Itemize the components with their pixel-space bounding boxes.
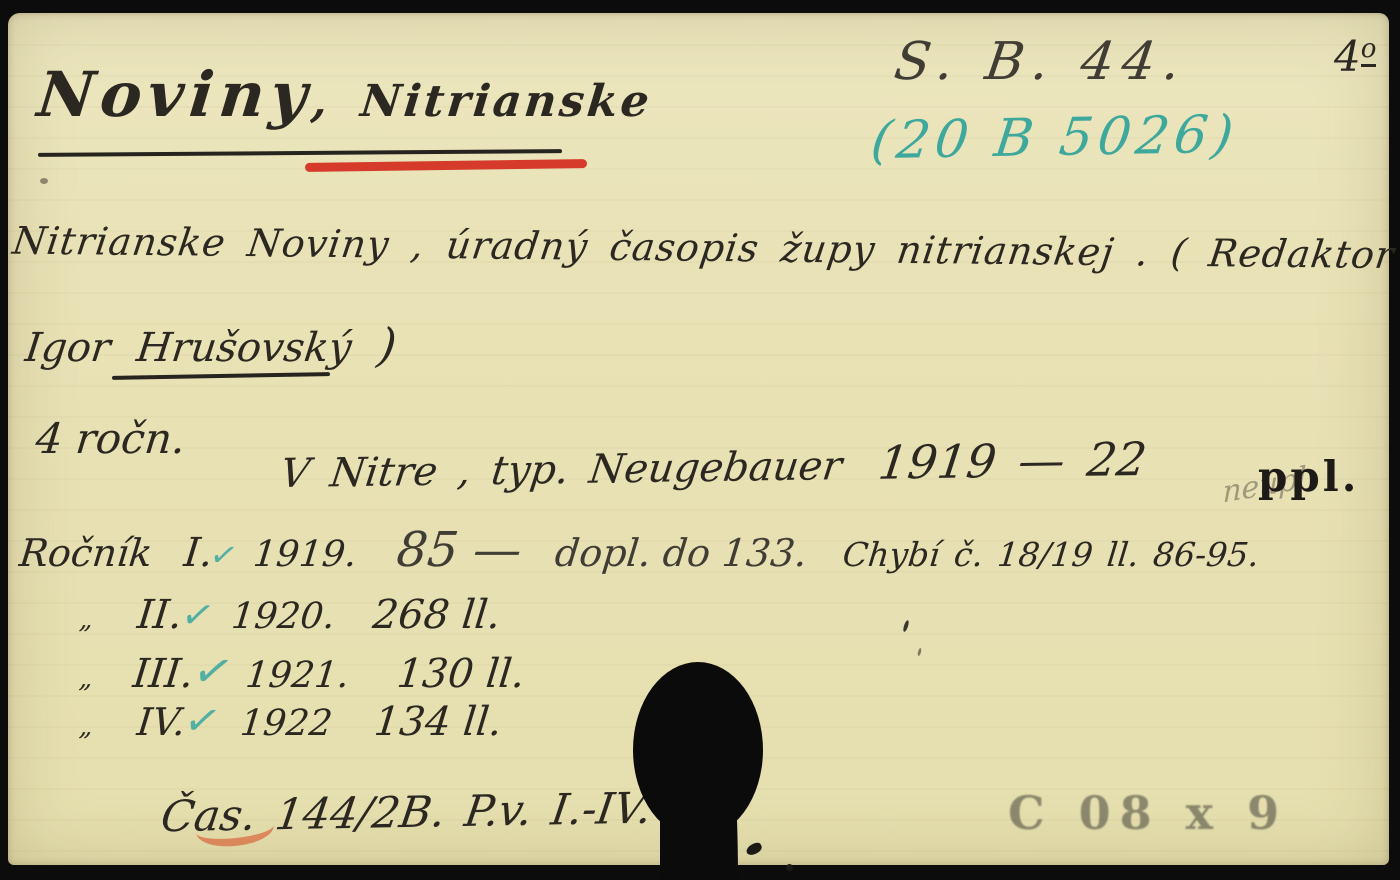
holdings-year: 1921. [244, 655, 351, 696]
holdings-extent: 268 ll. [371, 592, 503, 638]
holdings-row: „ IV.✓ 1922 134 ll. [77, 696, 504, 745]
heading-main-word: Noviny [34, 58, 316, 131]
holdings-added: dopl. do 133. [553, 531, 809, 575]
heading-comma: , [309, 76, 336, 127]
heading-title: Noviny, Nitrianske [34, 58, 656, 131]
holdings-row: „ II.✓ 1920. 268 ll. [78, 592, 503, 638]
holdings-year: 1922 [238, 703, 334, 744]
holdings-row: „ III.✓ 1921. 130 ll. [77, 644, 528, 698]
ditto-mark: „ [78, 664, 95, 694]
holdings-label: Ročník [17, 531, 154, 575]
editor-name: Igor Hrušovský [23, 325, 354, 371]
volumes-note: 4 ročn. [33, 414, 188, 463]
volume-numeral: III. [131, 651, 196, 697]
holdings-year: 1920. [230, 596, 337, 637]
holdings-extent: 130 ll. [395, 651, 527, 697]
imprint-place: V Nitre , typ. Neugebauer [278, 443, 845, 497]
signature-top: S. B. 44. [891, 32, 1192, 92]
heading-qualifier: Nitrianske [358, 76, 654, 127]
ppl-stamp: ppl. [1258, 452, 1359, 501]
catalog-card-scan: Noviny, Nitrianske S. B. 44. (20 B 5026)… [0, 0, 1400, 880]
ink-speck [786, 864, 793, 871]
holdings-year: 1919. [251, 534, 358, 575]
signature-accession: (20 B 5026) [868, 105, 1242, 171]
punch-hole-silhouette [600, 650, 840, 880]
description-line2: Igor Hrušovský ) [23, 318, 400, 372]
holdings-extent: 85 — [394, 522, 524, 578]
imprint-years: 1919 — 22 [875, 432, 1149, 490]
size-stamp: C 08 x 9 [1008, 786, 1288, 840]
holdings-extent: 134 ll. [372, 699, 504, 745]
paper-blemish [40, 178, 48, 184]
format-mark: 4o [1334, 32, 1376, 81]
ditto-mark: „ [78, 712, 95, 742]
holdings-missing: Chybí č. 18/19 ll. 86-95. [841, 535, 1261, 574]
ditto-mark: „ [78, 605, 95, 635]
holdings-row: Ročník I.✓ 1919. 85 — dopl. do 133. Chyb… [17, 522, 1262, 578]
format-ordinal: o [1361, 34, 1377, 67]
format-digit: 4 [1334, 32, 1361, 81]
